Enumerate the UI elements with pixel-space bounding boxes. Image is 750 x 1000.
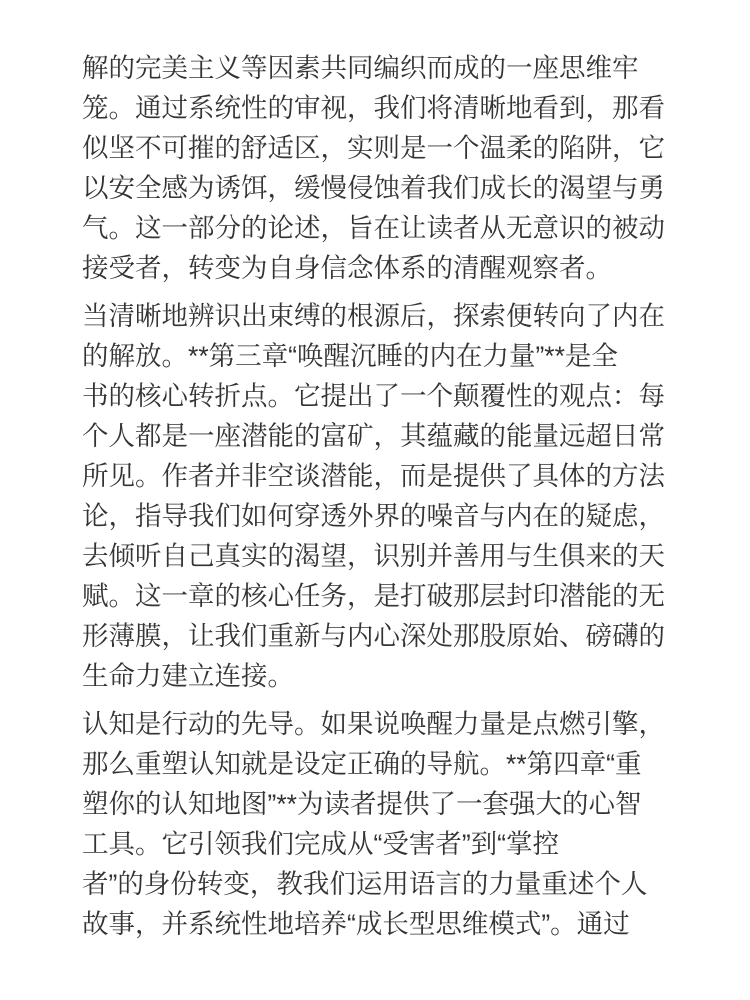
text-line: 赋。这一章的核心任务，是打破那层封印潜能的无 bbox=[82, 576, 670, 616]
paragraph-2: 当清晰地辨识出束缚的根源后，探索便转向了内在 的解放。**第三章“唤醒沉睡的内在… bbox=[82, 296, 670, 696]
text-line: 生命力建立连接。 bbox=[82, 656, 670, 696]
text-line: 塑你的认知地图”**为读者提供了一套强大的心智 bbox=[82, 784, 670, 824]
text-line: 所见。作者并非空谈潜能，而是提供了具体的方法 bbox=[82, 456, 670, 496]
text-line: 接受者，转变为自身信念体系的清醒观察者。 bbox=[82, 248, 670, 288]
text-line: 去倾听自己真实的渴望，识别并善用与生俱来的天 bbox=[82, 536, 670, 576]
text-line: 形薄膜，让我们重新与内心深处那股原始、磅礴的 bbox=[82, 616, 670, 656]
text-line: 的解放。**第三章“唤醒沉睡的内在力量”**是全 bbox=[82, 336, 670, 376]
text-line: 解的完美主义等因素共同编织而成的一座思维牢 bbox=[82, 48, 670, 88]
text-line: 以安全感为诱饵，缓慢侵蚀着我们成长的渴望与勇 bbox=[82, 168, 670, 208]
text-line: 者”的身份转变，教我们运用语言的力量重述个人 bbox=[82, 864, 670, 904]
text-line: 书的核心转折点。它提出了一个颠覆性的观点：每 bbox=[82, 376, 670, 416]
paragraph-1: 解的完美主义等因素共同编织而成的一座思维牢 笼。通过系统性的审视，我们将清晰地看… bbox=[82, 48, 670, 288]
text-line: 个人都是一座潜能的富矿，其蕴藏的能量远超日常 bbox=[82, 416, 670, 456]
text-line: 似坚不可摧的舒适区，实则是一个温柔的陷阱，它 bbox=[82, 128, 670, 168]
text-line: 故事，并系统性地培养“成长型思维模式”。通过 bbox=[82, 904, 670, 944]
text-line: 工具。它引领我们完成从“受害者”到“掌控 bbox=[82, 824, 670, 864]
text-line: 当清晰地辨识出束缚的根源后，探索便转向了内在 bbox=[82, 296, 670, 336]
text-line: 认知是行动的先导。如果说唤醒力量是点燃引擎， bbox=[82, 704, 670, 744]
text-line: 那么重塑认知就是设定正确的导航。**第四章“重 bbox=[82, 744, 670, 784]
text-line: 气。这一部分的论述，旨在让读者从无意识的被动 bbox=[82, 208, 670, 248]
document-page: 解的完美主义等因素共同编织而成的一座思维牢 笼。通过系统性的审视，我们将清晰地看… bbox=[0, 0, 750, 1000]
text-line: 论，指导我们如何穿透外界的噪音与内在的疑虑， bbox=[82, 496, 670, 536]
text-line: 笼。通过系统性的审视，我们将清晰地看到，那看 bbox=[82, 88, 670, 128]
paragraph-3: 认知是行动的先导。如果说唤醒力量是点燃引擎， 那么重塑认知就是设定正确的导航。*… bbox=[82, 704, 670, 944]
